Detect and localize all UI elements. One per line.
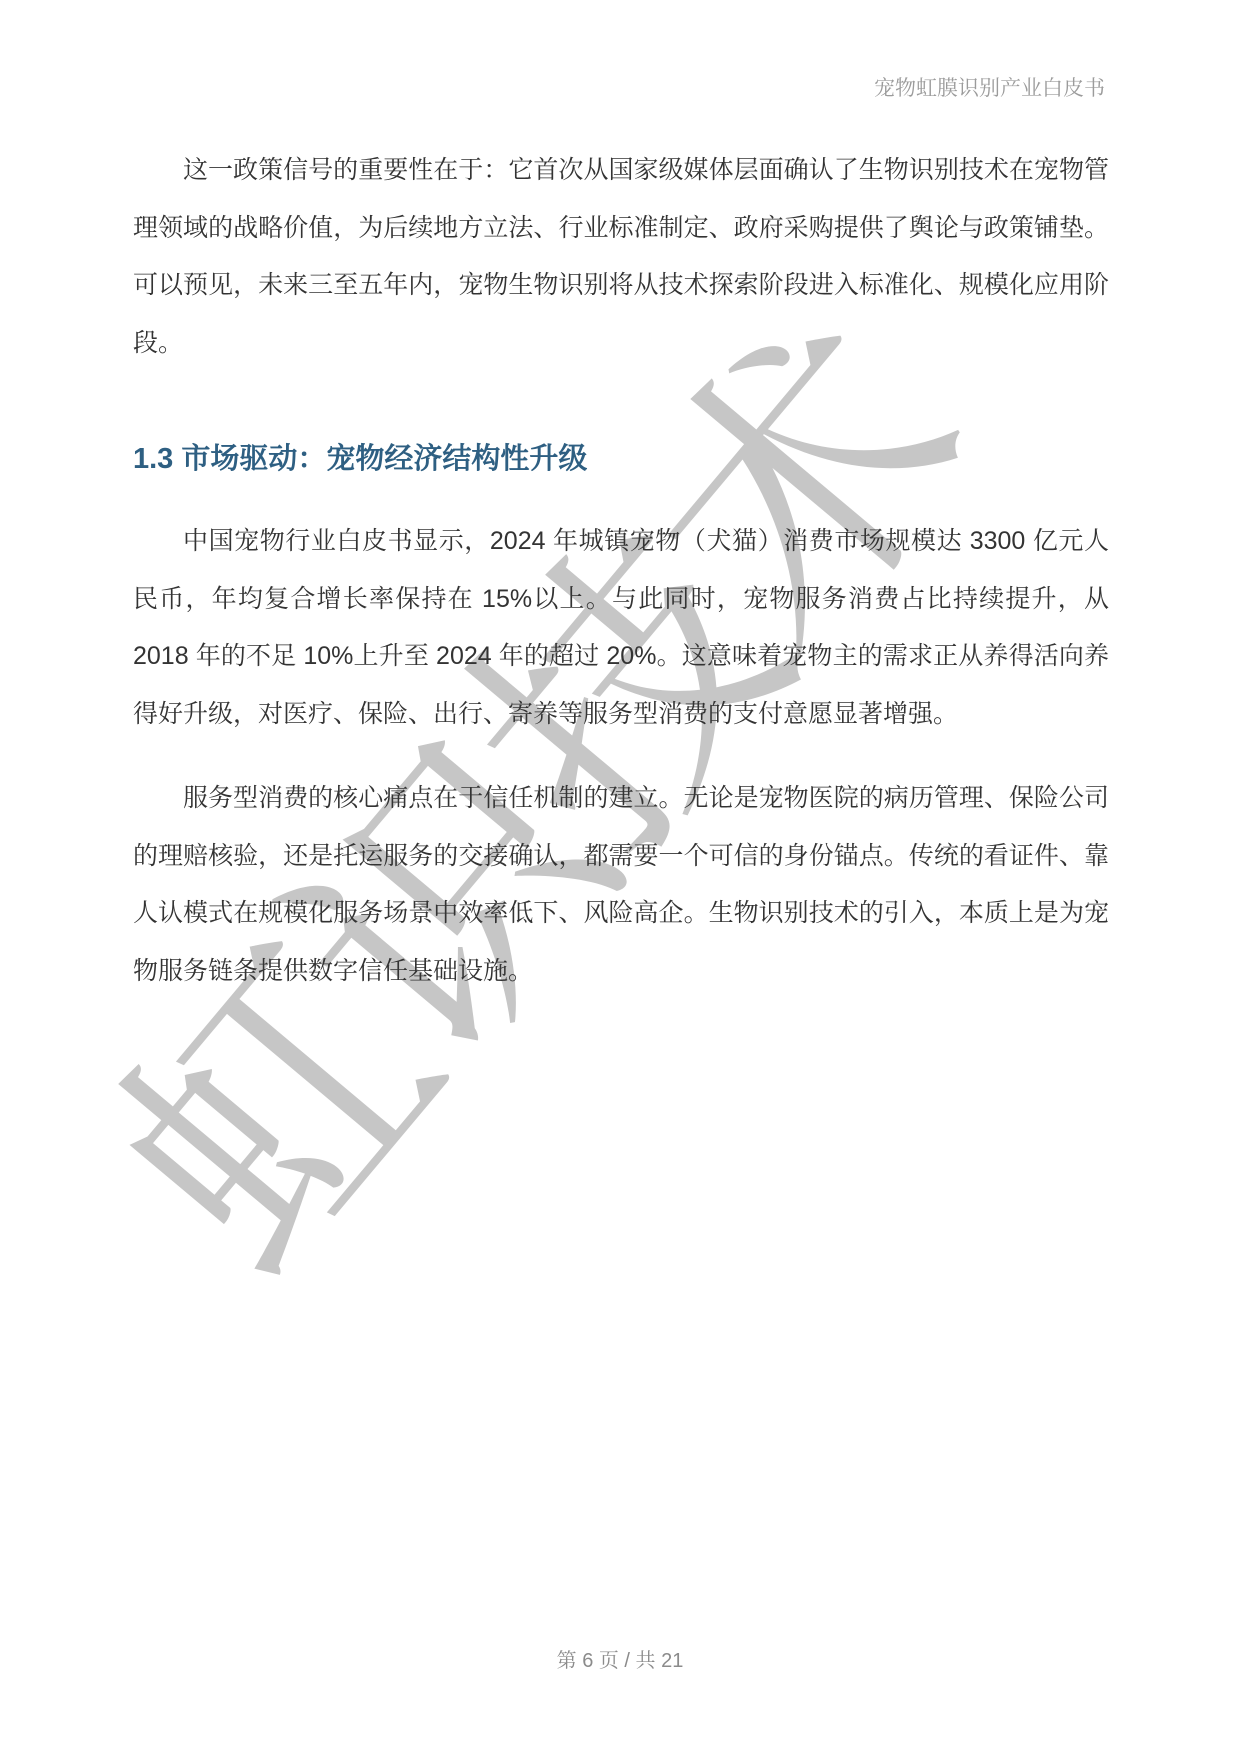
body-paragraph: 服务型消费的核心痛点在于信任机制的建立。无论是宠物医院的病历管理、保险公司的理赔… bbox=[133, 770, 1109, 1000]
document-body: 这一政策信号的重要性在于：它首次从国家级媒体层面确认了生物识别技术在宠物管理领域… bbox=[133, 142, 1109, 1000]
page-number: 第 6 页 / 共 21 bbox=[0, 1648, 1240, 1674]
section-heading: 1.3 市场驱动：宠物经济结构性升级 bbox=[133, 438, 1109, 480]
body-paragraph: 中国宠物行业白皮书显示，2024 年城镇宠物（犬猫）消费市场规模达 3300 亿… bbox=[133, 513, 1109, 743]
body-paragraph: 这一政策信号的重要性在于：它首次从国家级媒体层面确认了生物识别技术在宠物管理领域… bbox=[133, 142, 1109, 372]
document-page: 虹识技术 宠物虹膜识别产业白皮书 这一政策信号的重要性在于：它首次从国家级媒体层… bbox=[0, 0, 1240, 1754]
page-header-title: 宠物虹膜识别产业白皮书 bbox=[133, 76, 1105, 102]
